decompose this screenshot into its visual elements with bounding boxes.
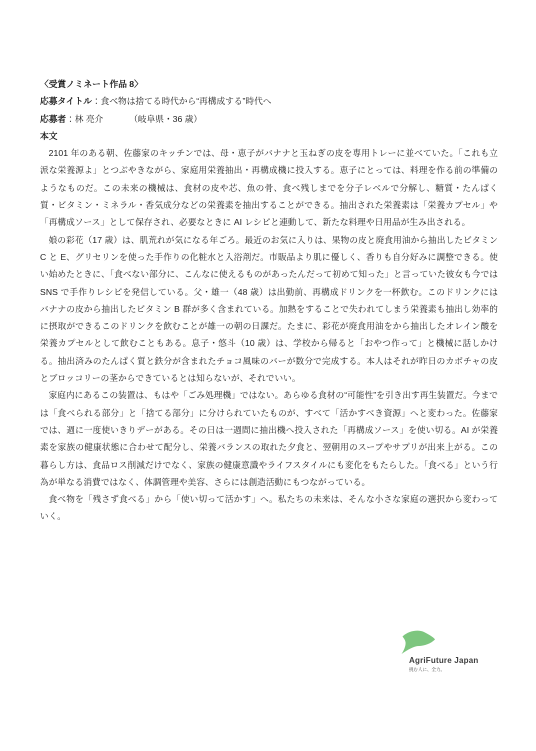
agrifuture-logo-tagline: 挑む人に、全力。 xyxy=(409,667,478,673)
body-paragraph-3: 家庭内にあるこの装置は、もはや「ごみ処理機」ではない。あらゆる食材の“可能性”を… xyxy=(40,387,498,491)
document-content: 〈受賞ノミネート作品 8〉 応募タイトル：食べ物は捨てる時代から“再構成する”時… xyxy=(40,76,498,526)
document-page: 〈受賞ノミネート作品 8〉 応募タイトル：食べ物は捨てる時代から“再構成する”時… xyxy=(0,0,536,751)
entrant-name: 林 亮介 xyxy=(75,114,103,124)
entry-title-text: 食べ物は捨てる時代から“再構成する”時代へ xyxy=(101,96,272,106)
body-paragraph-1: 2101 年のある朝、佐藤家のキッチンでは、母・恵子がバナナと玉ねぎの皮を専用ト… xyxy=(40,145,498,231)
agrifuture-bird-shape xyxy=(402,631,436,654)
entry-title-label: 応募タイトル xyxy=(40,96,92,106)
body-paragraph-2: 娘の彩花（17 歳）は、肌荒れが気になる年ごろ。最近のお気に入りは、果物の皮と廃… xyxy=(40,232,498,388)
agrifuture-logo: AgriFuture Japan 挑む人に、全力。 xyxy=(399,629,478,673)
entrant-separator: ： xyxy=(66,114,75,124)
agrifuture-logo-name: AgriFuture Japan xyxy=(409,656,478,665)
entry-title-separator: ： xyxy=(92,96,101,106)
agrifuture-bird-icon xyxy=(399,629,437,655)
body-section-label: 本文 xyxy=(40,128,498,145)
entrant-info: （岐阜県・36 歳） xyxy=(129,114,202,124)
entrant-line: 応募者：林 亮介（岐阜県・36 歳） xyxy=(40,111,498,128)
nominate-heading: 〈受賞ノミネート作品 8〉 xyxy=(40,76,498,93)
body-paragraph-4: 食べ物を「残さず食べる」から「使い切って活かす」へ。私たちの未来は、そんな小さな… xyxy=(40,491,498,526)
entrant-label: 応募者 xyxy=(40,114,66,124)
entry-title-line: 応募タイトル：食べ物は捨てる時代から“再構成する”時代へ xyxy=(40,93,498,110)
